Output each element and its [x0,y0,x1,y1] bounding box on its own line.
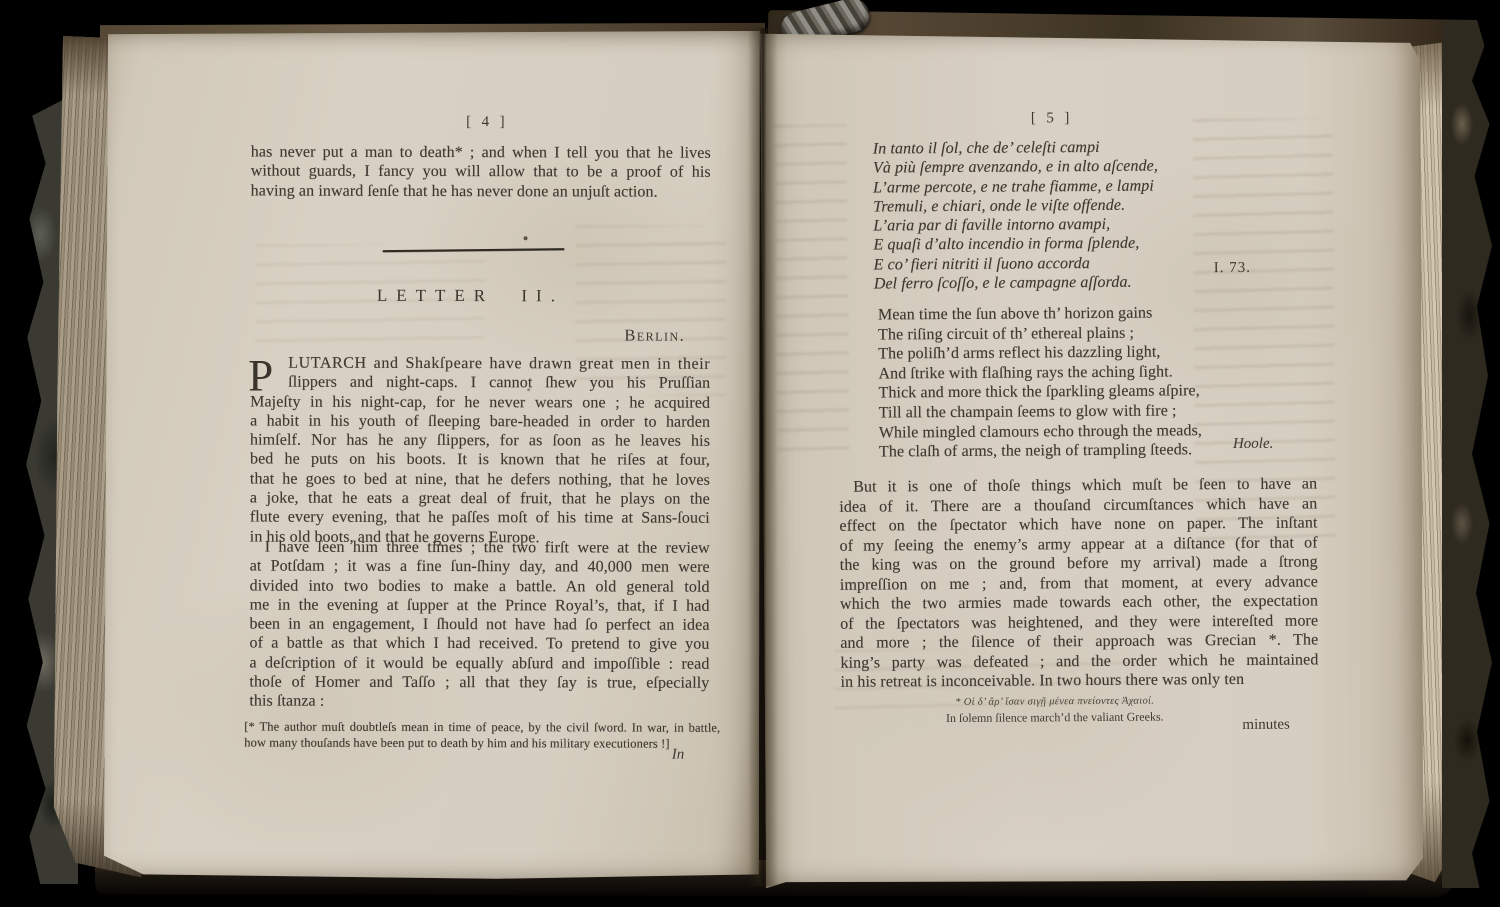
right-cover-edge-torn [1442,20,1492,888]
right-page: [ 5 ] In tanto il ſol, che de’ celeſti c… [760,26,1426,889]
text-line: flute every evening, that he paſſes moſt… [250,508,710,529]
left-page: [ 4 ] has never put a man to death* ; an… [104,29,761,883]
english-verse-translation: Mean time the ſun above th’ horizon gain… [878,303,1202,462]
text-line: the king was on the ground before my arr… [840,552,1318,575]
photo-stage: [ 4 ] has never put a man to death* ; an… [0,0,1500,907]
dateline: Berlin. [485,325,685,346]
text-line: I have ſeen him three times ; the two fi… [250,538,710,559]
catchword-right: minutes [1130,717,1290,735]
text-line: and more ; the ſilence of their approach… [840,630,1318,653]
text-line: Tremuli, e chiari, onde le viſte offende… [873,195,1158,216]
text-line: in his retreat is inconceivable. In two … [841,669,1319,692]
ink-speck [524,236,528,240]
text-line: effect on the ſpectator which have none … [839,513,1317,536]
catchword-left: In [504,746,684,763]
text-line: Thick and more thick the ſparkling gleam… [878,382,1201,404]
text-line: been in an engagement, I ſhould not have… [250,615,710,636]
page-number-right: [ 5 ] [951,110,1151,128]
second-paragraph: I have ſeen him three times ; the two fi… [249,538,709,713]
text-line: has never put a man to death* ; and when… [251,143,711,164]
text-line: this ſtanza : [249,692,709,713]
text-line: The poliſh’d arms reflect his dazzling l… [878,342,1201,364]
letter-heading: LETTER II. [285,286,655,307]
text-line: But it is one of thoſe things which muſt… [839,474,1317,497]
text-line: E co’ fieri nitriti il ſuono accorda [874,253,1159,274]
main-paragraph: But it is one of thoſe things which muſt… [839,474,1318,692]
text-line: me in the evening at ſupper at the Princ… [250,595,710,616]
text-line: at Potſdam ; it was a fine ſun-ſhiny day… [250,557,710,578]
text-line: [* The author muſt doubtleſs mean in tim… [244,720,720,737]
text-line: E quaſi d’alto incendio in forma ſplende… [873,234,1158,255]
text-line: a deſcription of it would be equally abſ… [249,653,709,674]
showthrough-texture [775,125,849,455]
text-line: Mean time the ſun above th’ horizon gain… [878,303,1201,325]
text-line: a joke, that he eats a great deal of fru… [250,489,710,510]
text-line: And ſtrike with flaſhing rays the aching… [878,362,1201,384]
text-line: Và più ſempre avenzando, e in alto aſcen… [873,157,1158,178]
text-line: divided into two bodies to make a battle… [250,576,710,597]
text-line: which the two armies made towards each o… [840,591,1318,614]
text-line: In tanto il ſol, che de’ celeſti campi [873,138,1158,159]
book-photograph: { "photo": { "background_color": "#00000… [0,0,1500,907]
text-line: king’s party was defeated ; and the orde… [840,650,1318,673]
section-divider-rule [383,248,565,252]
text-line: The riſing circuit of th’ ethereal plain… [878,323,1201,345]
text-line: that he goes to bed at nine, that he def… [250,469,710,490]
verse-attribution: Hoole. [1233,436,1274,453]
text-line: The claſh of arms, the neigh of tramplin… [879,440,1202,462]
text-line: L’aria par di faville intorno avampi, [873,215,1158,236]
text-line: ſlippers and night-caps. I cannot ſhew y… [250,373,710,394]
text-line: LUTARCH and Shakſpeare have drawn great … [250,354,710,375]
text-line: L’arme percote, e ne trahe fiamme, e lam… [873,176,1158,197]
text-line: Del ferro ſcoſſo, e le campagne aſſorda. [874,273,1159,294]
text-line: a habit in his youth of ſleeping bare-he… [250,411,710,432]
carried-over-paragraph: has never put a man to death* ; and when… [251,143,711,202]
footnote-greek-quotation: * Οἱ δ’ ἄρ’ ἴσαν σιγῇ μένεα πνείοντες Ἀχ… [900,695,1210,708]
text-line: Till all the champain ſeems to glow with… [879,401,1202,423]
text-line: without guards, I fancy you will allow t… [251,162,711,183]
text-line: thoſe of Homer and Taſſo ; all that they… [249,673,709,694]
text-line: Majeſty in his night-cap, for he never w… [250,392,710,413]
verse-citation: I. 73. [1214,260,1251,277]
opening-paragraph: LUTARCH and Shakſpeare have drawn great … [250,354,711,548]
page-number-left: [ 4 ] [336,114,636,132]
text-line: bed he puts on his boots. It is known th… [250,450,710,471]
text-line: of a battle as that which I had received… [249,634,709,655]
italian-verse-tasso: In tanto il ſol, che de’ celeſti campiVà… [873,138,1159,294]
text-line: While mingled clamours echo through the … [879,421,1202,443]
text-line: having an inward ſenſe that he has never… [251,181,711,202]
text-line: himſelf. Nor has he any ſlippers, for as… [250,431,710,452]
